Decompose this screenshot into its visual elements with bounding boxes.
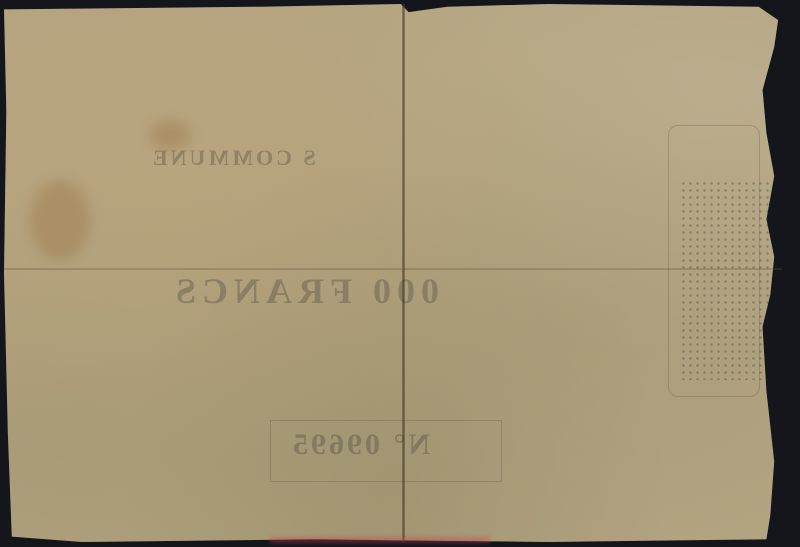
vertical-fold-crease <box>402 4 405 542</box>
mirrored-denomination-text: 000 FRANCS <box>170 270 439 312</box>
mirrored-upper-text: S COMMUNE <box>150 145 316 171</box>
red-edge-tint <box>270 537 490 543</box>
ink-speckle <box>680 180 770 380</box>
mirrored-serial-number: N° 09695 <box>290 428 430 462</box>
stain <box>30 180 90 260</box>
horizontal-fold-crease <box>4 268 782 270</box>
